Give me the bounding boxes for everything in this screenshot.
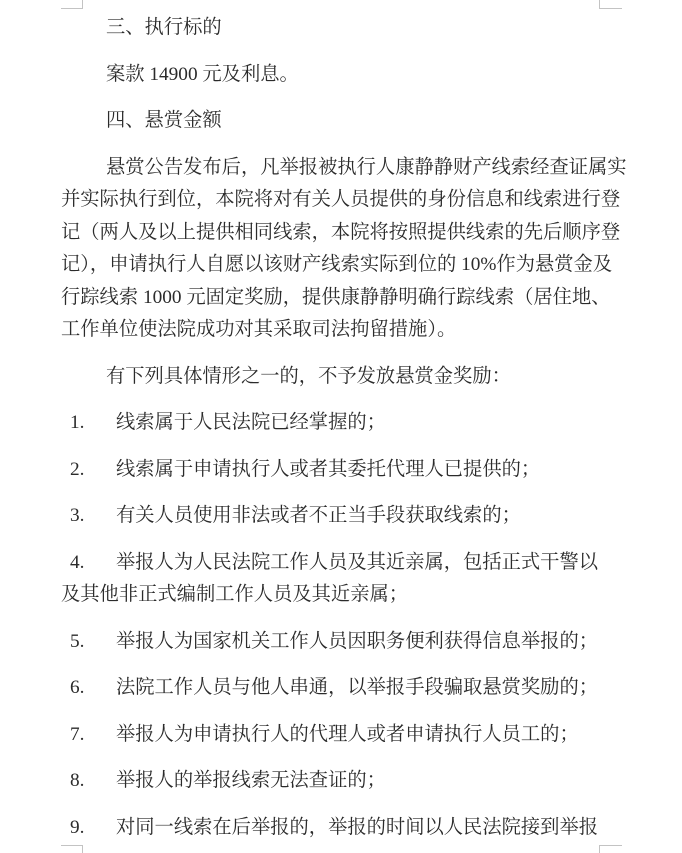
- list-item-text: 有关人员使用非法或者不正当手段获取线索的；: [116, 505, 521, 526]
- section-3-amount: 案款 14900 元及利息。: [61, 59, 627, 92]
- document-page: 三、执行标的 案款 14900 元及利息。 四、悬赏金额 悬赏公告发布后，凡举报…: [0, 0, 682, 853]
- list-item: 6.法院工作人员与他人串通，以举报手段骗取悬赏奖励的；: [61, 672, 627, 705]
- list-item-number: 5.: [70, 626, 116, 659]
- crop-mark-top-left-icon: [61, 0, 83, 9]
- list-item-number: 1.: [70, 407, 116, 440]
- list-item-number: 4.: [70, 547, 116, 580]
- list-item-number: 3.: [70, 500, 116, 533]
- section-3-heading: 三、执行标的: [61, 12, 627, 45]
- list-item-text: 对同一线索在后举报的，举报的时间以人民法院接到举报: [116, 817, 598, 838]
- list-item-number: 7.: [70, 719, 116, 752]
- list-item-number: 9.: [70, 812, 116, 845]
- exclusion-intro: 有下列具体情形之一的，不予发放悬赏金奖励：: [61, 361, 627, 394]
- list-item-text: 举报人为申请执行人的代理人或者申请执行人员工的；: [116, 724, 579, 745]
- list-item: 3.有关人员使用非法或者不正当手段获取线索的；: [61, 500, 627, 533]
- list-item: 9.对同一线索在后举报的，举报的时间以人民法院接到举报: [61, 812, 627, 845]
- list-item: 2.线索属于申请执行人或者其委托代理人已提供的；: [61, 454, 627, 487]
- list-item-text: 举报人为国家机关工作人员因职务便利获得信息举报的；: [116, 631, 598, 652]
- list-item: 1.线索属于人民法院已经掌握的；: [61, 407, 627, 440]
- crop-mark-top-right-icon: [599, 0, 622, 9]
- list-item: 4.举报人为人民法院工作人员及其近亲属，包括正式干警以 及其他非正式编制工作人员…: [61, 547, 627, 612]
- list-item-text: 线索属于申请执行人或者其委托代理人已提供的；: [116, 459, 540, 480]
- list-item-text: 举报人为人民法院工作人员及其近亲属，包括正式干警以: [116, 552, 598, 573]
- list-item-number: 8.: [70, 765, 116, 798]
- document-content: 三、执行标的 案款 14900 元及利息。 四、悬赏金额 悬赏公告发布后，凡举报…: [61, 12, 627, 853]
- list-item-number: 2.: [70, 454, 116, 487]
- list-item-text: 线索属于人民法院已经掌握的；: [116, 412, 386, 433]
- list-item: 5.举报人为国家机关工作人员因职务便利获得信息举报的；: [61, 626, 627, 659]
- list-item-number: 6.: [70, 672, 116, 705]
- reward-paragraph: 悬赏公告发布后，凡举报被执行人康静静财产线索经查证属实 并实际执行到位，本院将对…: [61, 152, 627, 347]
- list-item-text: 举报人的举报线索无法查证的；: [116, 770, 386, 791]
- list-item-text-continuation: 及其他非正式编制工作人员及其近亲属；: [61, 579, 627, 612]
- list-item: 8.举报人的举报线索无法查证的；: [61, 765, 627, 798]
- section-4-heading: 四、悬赏金额: [61, 105, 627, 138]
- list-item-text: 法院工作人员与他人串通，以举报手段骗取悬赏奖励的；: [116, 677, 598, 698]
- exclusion-list: 1.线索属于人民法院已经掌握的； 2.线索属于申请执行人或者其委托代理人已提供的…: [61, 407, 627, 844]
- list-item: 7.举报人为申请执行人的代理人或者申请执行人员工的；: [61, 719, 627, 752]
